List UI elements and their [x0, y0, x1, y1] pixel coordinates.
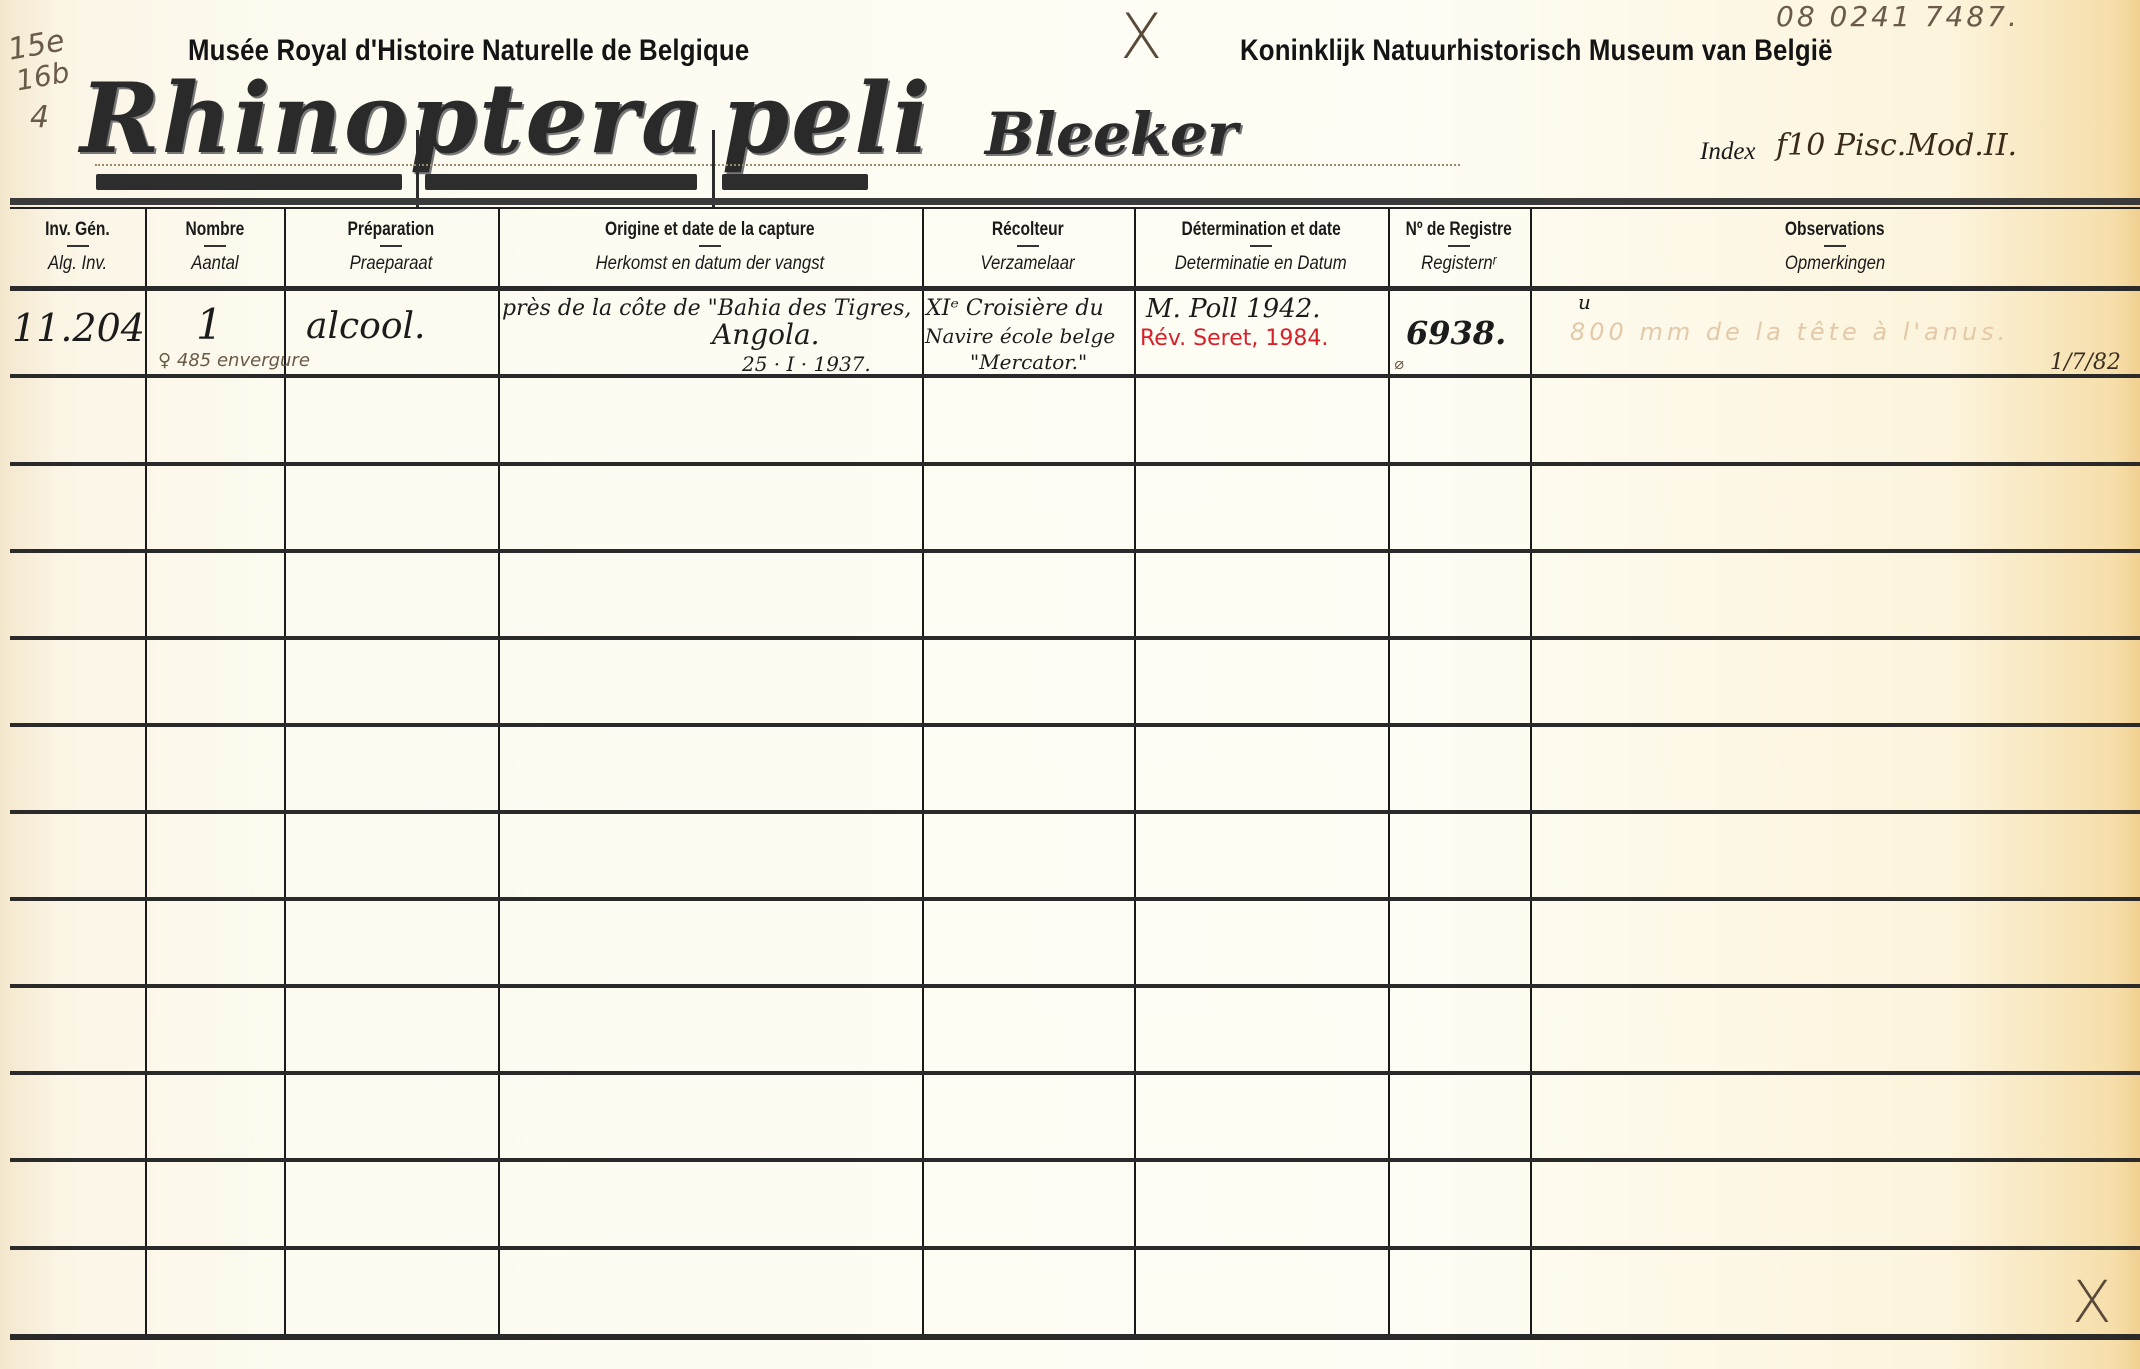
catalog-number: 08 0241 7487. [1776, 0, 2020, 33]
name-baseline [95, 164, 1460, 166]
species-underline [722, 174, 868, 190]
row-divider [10, 1246, 2140, 1250]
header-dash [380, 245, 402, 247]
row-divider [10, 1071, 2140, 1075]
column-header-nl: Alg. Inv. [48, 253, 107, 275]
column-header-inv-gen: Inv. Gén. Alg. Inv. [10, 208, 145, 286]
cross-mark-bottom: X [2072, 1268, 2112, 1336]
table-bottom-rule [10, 1334, 2140, 1340]
column-header-nl: Aantal [191, 253, 238, 275]
species-descender [712, 130, 715, 208]
column-header-fr: Inv. Gén. [45, 219, 110, 241]
column-header-fr: Détermination et date [1181, 219, 1340, 241]
row-divider [10, 810, 2140, 814]
column-header-nombre: Nombre Aantal [145, 208, 284, 286]
row-divider [10, 984, 2140, 988]
row-divider [10, 897, 2140, 901]
cell-nombre: 1 [196, 300, 223, 349]
header-bottom-rule [10, 286, 2140, 291]
column-header-preparation: Préparation Praeparaat [284, 208, 498, 286]
species-genus: Rhinoptera [80, 62, 705, 175]
cell-observations: 800 mm de la tête à l'anus. [1570, 318, 2009, 346]
header-dash [67, 245, 89, 247]
margin-note-3: 4 [30, 100, 49, 135]
header-top-rule [10, 198, 2140, 205]
cross-mark-top: X [1120, 0, 1162, 73]
column-header-registre: Nº de Registre Registernʳ [1388, 208, 1530, 286]
header-dash [204, 245, 226, 247]
column-header-determination: Détermination et date Determinatie en Da… [1134, 208, 1388, 286]
museum-name-nl: Koninklijk Natuurhistorisch Museum van B… [1240, 34, 1833, 68]
column-header-fr: Origine et date de la capture [605, 219, 815, 241]
cell-registre: 6938. [1406, 314, 1506, 352]
header-dash [699, 245, 721, 247]
column-header-nl: Opmerkingen [1785, 253, 1885, 275]
registre-mark: ⌀ [1394, 354, 1404, 373]
cell-determination-line1: M. Poll 1942. [1146, 294, 1321, 324]
cell-preparation: alcool. [306, 306, 425, 347]
row-divider [10, 462, 2140, 466]
row-divider [10, 636, 2140, 640]
cell-observations-date: 1/7/82 [2050, 350, 2121, 375]
header-dash [1017, 245, 1039, 247]
genus-underline-1 [96, 174, 402, 190]
species-epithet: peli [722, 62, 931, 175]
header-dash [1824, 245, 1846, 247]
row-divider [10, 549, 2140, 553]
column-header-recolteur: Récolteur Verzamelaar [922, 208, 1134, 286]
column-header-nl: Herkomst en datum der vangst [596, 253, 825, 275]
cell-determination-revision: Rév. Seret, 1984. [1140, 326, 1328, 351]
column-header-nl: Determinatie en Datum [1175, 253, 1347, 275]
row-divider [10, 374, 2140, 378]
column-header-origine: Origine et date de la capture Herkomst e… [498, 208, 922, 286]
header-dash [1250, 245, 1272, 247]
genus-descender [416, 130, 419, 208]
row-divider [10, 723, 2140, 727]
header-dash [1448, 245, 1470, 247]
column-header-nl: Praeparaat [350, 253, 433, 275]
column-header-fr: Préparation [348, 219, 435, 241]
cell-recolteur-line1: XIᵉ Croisière du [926, 296, 1104, 321]
index-label: Index [1700, 138, 1756, 166]
column-header-fr: Observations [1785, 219, 1885, 241]
row-divider [10, 1158, 2140, 1162]
species-author: Bleeker [985, 100, 1238, 168]
column-header-nl: Verzamelaar [981, 253, 1075, 275]
column-header-fr: Récolteur [992, 219, 1064, 241]
column-header-observations: Observations Opmerkingen [1530, 208, 2140, 286]
column-header-fr: Nombre [185, 219, 244, 241]
column-header-nl: Registernʳ [1421, 253, 1496, 275]
observations-mark: u [1578, 290, 1591, 314]
genus-underline-2 [425, 174, 697, 190]
cell-recolteur-line2: Navire école belge [925, 324, 1115, 348]
cell-origine-line1: près de la côte de "Bahia des Tigres, [502, 296, 911, 321]
cell-origine-line2: Angola. [712, 318, 820, 351]
index-value: f10 Pisc.Mod.II. [1776, 128, 2017, 163]
cell-origine-date: 25 · I · 1937. [742, 352, 871, 376]
cell-inv-gen: 11.204 [12, 306, 145, 350]
column-header-fr: Nº de Registre [1406, 219, 1512, 241]
cell-recolteur-line3: "Mercator." [970, 350, 1087, 374]
cell-nombre-note: ♀ 485 envergure [158, 350, 310, 371]
